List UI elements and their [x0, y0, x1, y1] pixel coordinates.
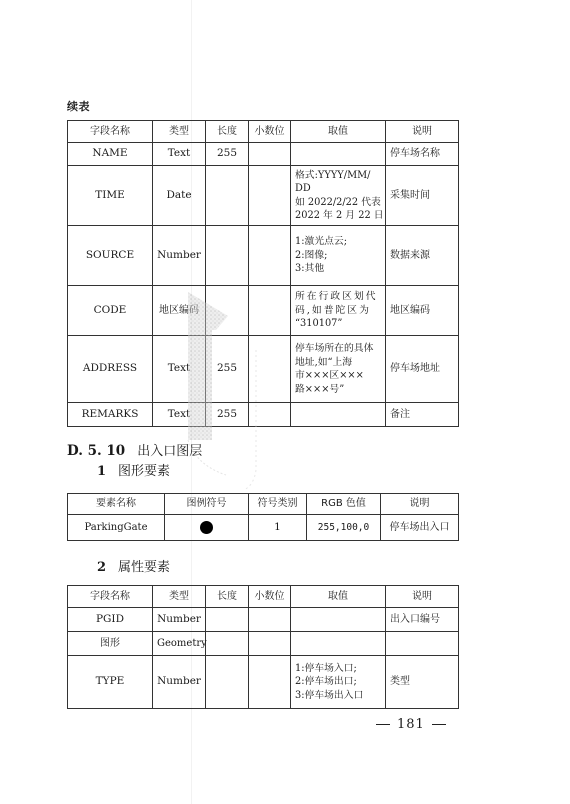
header-legend-symbol: 图例符号	[165, 494, 249, 515]
cell-description: 停车场地址	[386, 336, 459, 403]
header-element-name: 要素名称	[68, 494, 165, 515]
cell-value: 1:停车场入口; 2:停车场出口; 3:停车场出入口	[291, 656, 386, 709]
value-line: DD	[295, 182, 381, 196]
cell-description: 地区编码	[386, 286, 459, 336]
cell-length: 255	[206, 143, 249, 166]
cell-description: 出入口编号	[386, 608, 459, 632]
cell-length	[206, 632, 249, 656]
value-line: “310107”	[295, 317, 381, 331]
cell-value	[291, 143, 386, 166]
value-line: 码,如普陀区为	[295, 304, 381, 318]
cell-value: 格式:YYYY/MM/ DD 如 2022/2/22 代表 2022 年 2 月…	[291, 166, 386, 226]
cell-description	[386, 632, 459, 656]
table-header-row: 字段名称 类型 长度 小数位 取值 说明	[68, 586, 459, 608]
cell-field: PGID	[68, 608, 153, 632]
subsection-title: 图形要素	[118, 464, 170, 479]
gate-attribute-table: 字段名称 类型 长度 小数位 取值 说明 PGID Number 出入口编号 图…	[67, 585, 459, 709]
cell-field: TYPE	[68, 656, 153, 709]
table-row: TYPE Number 1:停车场入口; 2:停车场出口; 3:停车场出入口 类…	[68, 656, 459, 709]
value-line: 2022 年 2 月 22 日	[295, 209, 381, 223]
dash-left	[376, 724, 390, 725]
cell-field: CODE	[68, 286, 153, 336]
header-length: 长度	[206, 121, 249, 143]
filled-circle-icon	[200, 521, 213, 534]
cell-type: Geometry	[153, 632, 206, 656]
cell-type: Number	[153, 608, 206, 632]
cell-type: Date	[153, 166, 206, 226]
cell-value: 1:激光点云; 2:图像; 3:其他	[291, 226, 386, 286]
table-row: ADDRESS Text 255 停车场所在的具体 地址,如“上海 市×××区×…	[68, 336, 459, 403]
cell-decimals	[249, 608, 291, 632]
cell-field: ADDRESS	[68, 336, 153, 403]
header-value: 取值	[291, 121, 386, 143]
header-field-name: 字段名称	[68, 121, 153, 143]
dash-right	[432, 724, 446, 725]
cell-legend-symbol	[165, 515, 249, 541]
cell-type: Text	[153, 143, 206, 166]
table-row: CODE 地区编码 所在行政区划代 码,如普陀区为 “310107” 地区编码	[68, 286, 459, 336]
continued-table-label: 续表	[67, 98, 90, 114]
value-line: 路×××号”	[295, 383, 381, 397]
cell-symbol-type: 1	[249, 515, 307, 541]
cell-decimals	[249, 336, 291, 403]
cell-description: 停车场名称	[386, 143, 459, 166]
table-row: TIME Date 格式:YYYY/MM/ DD 如 2022/2/22 代表 …	[68, 166, 459, 226]
cell-decimals	[249, 166, 291, 226]
table-row: PGID Number 出入口编号	[68, 608, 459, 632]
subsection-heading-graphic: 1图形要素	[97, 460, 170, 479]
cell-decimals	[249, 226, 291, 286]
value-line: 地址,如“上海	[295, 356, 381, 370]
value-line: 如 2022/2/22 代表	[295, 196, 381, 210]
graphic-element-table: 要素名称 图例符号 符号类别 RGB 色值 说明 ParkingGate 1 2…	[67, 493, 459, 541]
value-line: 2:停车场出口;	[295, 675, 381, 689]
value-line: 停车场所在的具体	[295, 342, 381, 356]
cell-type: Text	[153, 403, 206, 427]
header-length: 长度	[206, 586, 249, 608]
cell-length	[206, 608, 249, 632]
cell-value	[291, 632, 386, 656]
table-row: REMARKS Text 255 备注	[68, 403, 459, 427]
section-title: 出入口图层	[137, 444, 202, 459]
cell-description: 停车场出入口	[381, 515, 459, 541]
cell-field: 图形	[68, 632, 153, 656]
cell-type: Number	[153, 656, 206, 709]
table-row: SOURCE Number 1:激光点云; 2:图像; 3:其他 数据来源	[68, 226, 459, 286]
header-field-name: 字段名称	[68, 586, 153, 608]
cell-rgb: 255,100,0	[307, 515, 381, 541]
cell-field: TIME	[68, 166, 153, 226]
table-row: ParkingGate 1 255,100,0 停车场出入口	[68, 515, 459, 541]
cell-decimals	[249, 143, 291, 166]
cell-decimals	[249, 286, 291, 336]
cell-length	[206, 286, 249, 336]
header-decimals: 小数位	[249, 121, 291, 143]
section-number: D. 5. 10	[67, 443, 125, 459]
cell-value: 停车场所在的具体 地址,如“上海 市×××区××× 路×××号”	[291, 336, 386, 403]
cell-length	[206, 166, 249, 226]
table-row: 图形 Geometry	[68, 632, 459, 656]
cell-value	[291, 403, 386, 427]
subsection-title: 属性要素	[118, 560, 170, 575]
cell-field: SOURCE	[68, 226, 153, 286]
header-decimals: 小数位	[249, 586, 291, 608]
cell-description: 备注	[386, 403, 459, 427]
subsection-heading-attribute: 2属性要素	[97, 556, 170, 575]
table-row: NAME Text 255 停车场名称	[68, 143, 459, 166]
subsection-number: 1	[97, 464, 106, 479]
subsection-number: 2	[97, 560, 106, 575]
value-line: 所在行政区划代	[295, 290, 381, 304]
cell-field: REMARKS	[68, 403, 153, 427]
header-description: 说明	[386, 121, 459, 143]
cell-decimals	[249, 632, 291, 656]
value-line: 3:停车场出入口	[295, 689, 381, 703]
cell-length: 255	[206, 336, 249, 403]
value-line: 1:激光点云;	[295, 235, 381, 249]
cell-type: 地区编码	[153, 286, 206, 336]
cell-decimals	[249, 656, 291, 709]
cell-length	[206, 226, 249, 286]
value-line: 市×××区×××	[295, 369, 381, 383]
document-page: 续表 字段名称 类型 长度 小数位 取值 说明 NAME Text 255 停车…	[0, 0, 570, 804]
header-value: 取值	[291, 586, 386, 608]
cell-value	[291, 608, 386, 632]
header-type: 类型	[153, 586, 206, 608]
value-line: 1:停车场入口;	[295, 662, 381, 676]
page-number-value: 181	[397, 717, 425, 732]
header-symbol-type: 符号类别	[249, 494, 307, 515]
value-line: 3:其他	[295, 262, 381, 276]
value-line: 2:图像;	[295, 249, 381, 263]
cell-length: 255	[206, 403, 249, 427]
cell-description: 数据来源	[386, 226, 459, 286]
header-rgb: RGB 色值	[307, 494, 381, 515]
cell-decimals	[249, 403, 291, 427]
header-description: 说明	[386, 586, 459, 608]
cell-type: Text	[153, 336, 206, 403]
cell-description: 采集时间	[386, 166, 459, 226]
cell-value: 所在行政区划代 码,如普陀区为 “310107”	[291, 286, 386, 336]
table-header-row: 字段名称 类型 长度 小数位 取值 说明	[68, 121, 459, 143]
cell-length	[206, 656, 249, 709]
value-line: 格式:YYYY/MM/	[295, 169, 381, 183]
cell-element-name: ParkingGate	[68, 515, 165, 541]
section-heading: D. 5. 10出入口图层	[67, 440, 202, 459]
cell-description: 类型	[386, 656, 459, 709]
header-description: 说明	[381, 494, 459, 515]
cell-type: Number	[153, 226, 206, 286]
header-type: 类型	[153, 121, 206, 143]
parking-attribute-table: 字段名称 类型 长度 小数位 取值 说明 NAME Text 255 停车场名称…	[67, 120, 459, 427]
page-number: 181	[369, 717, 453, 732]
cell-field: NAME	[68, 143, 153, 166]
table-header-row: 要素名称 图例符号 符号类别 RGB 色值 说明	[68, 494, 459, 515]
